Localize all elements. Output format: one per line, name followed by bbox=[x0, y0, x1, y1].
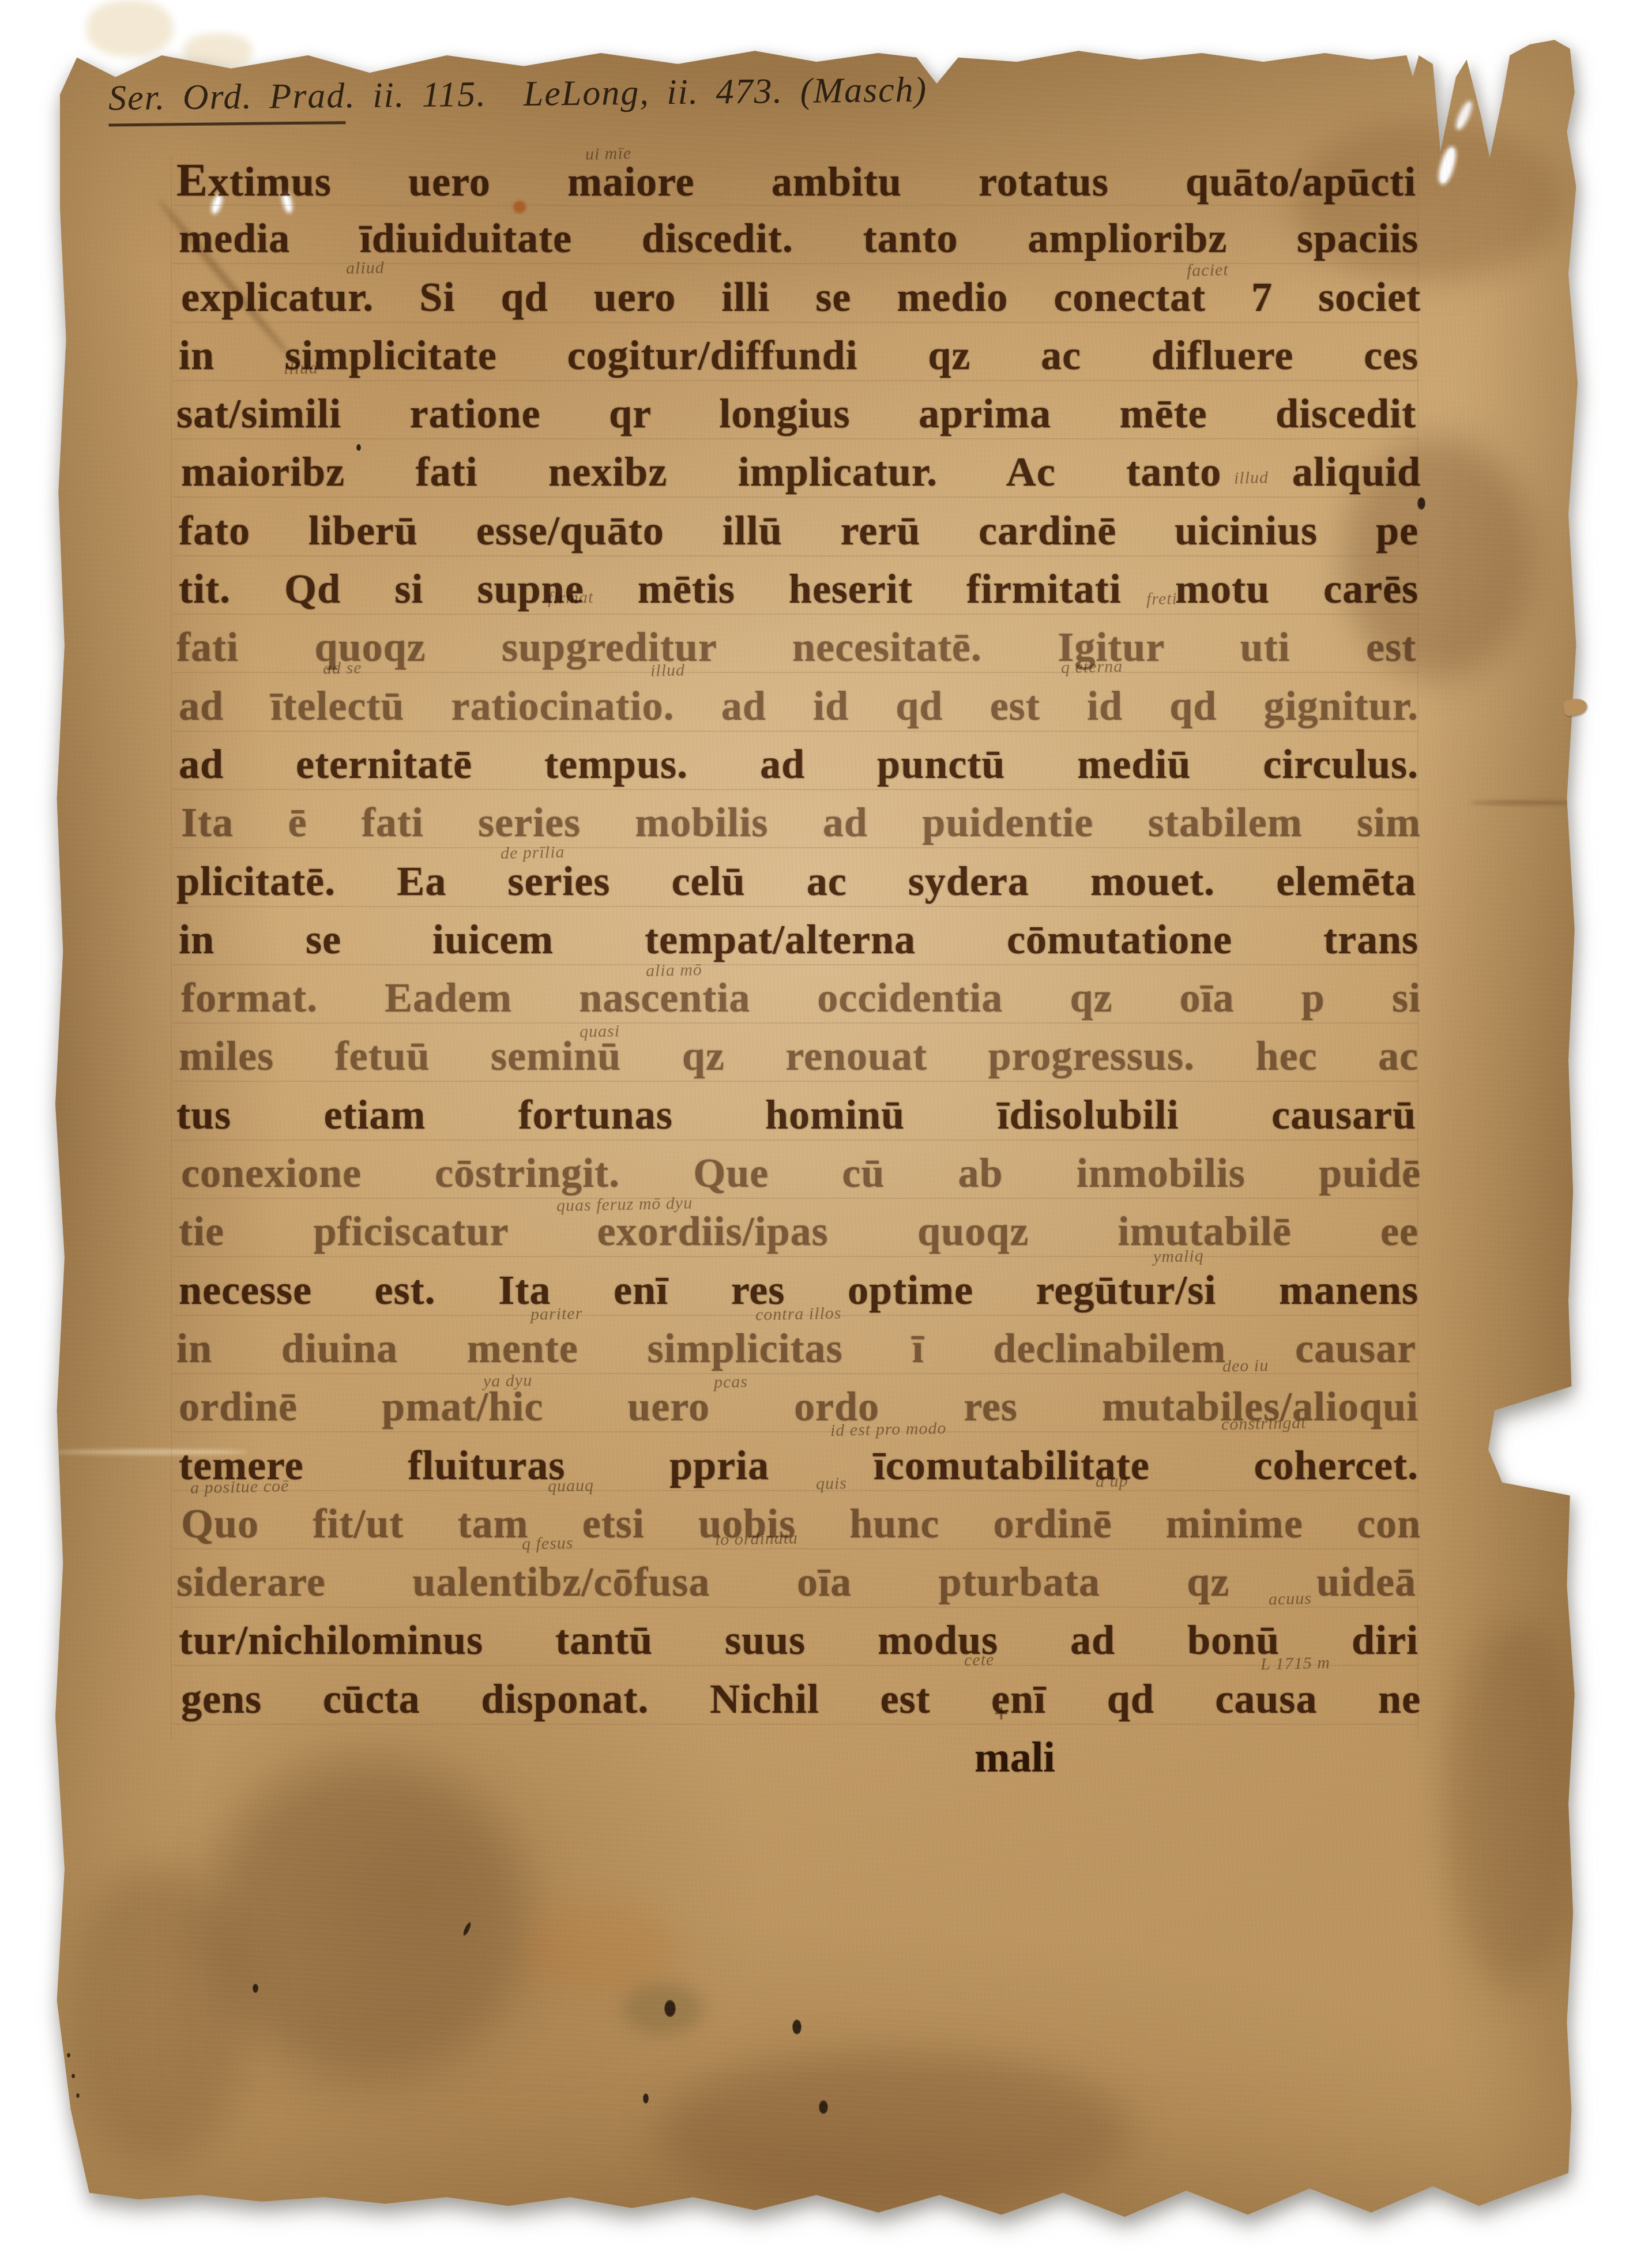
interlinear-gloss: a up bbox=[1096, 1471, 1128, 1491]
interlinear-gloss: ya dyu bbox=[483, 1371, 533, 1391]
stain bbox=[1447, 1619, 1586, 1988]
margin-rule-left bbox=[171, 155, 172, 1739]
interlinear-gloss: id est pro modo bbox=[830, 1419, 947, 1440]
interlinear-gloss: acuus bbox=[1269, 1589, 1312, 1609]
interlinear-gloss: quas feruz mō dyu bbox=[556, 1194, 693, 1216]
interlinear-gloss: quis bbox=[816, 1473, 848, 1494]
tear-hole bbox=[1454, 100, 1473, 130]
worm-hole bbox=[819, 2100, 828, 2114]
manuscript-line: conexione cōstringit. Que cū ab inmobili… bbox=[181, 1144, 1421, 1202]
scan-background: Ser. Ord. Prad. ii. 115.LeLong, ii. 473.… bbox=[0, 0, 1633, 2268]
interlinear-gloss: ui mīe bbox=[585, 144, 632, 164]
interlinear-gloss: alia mō bbox=[646, 960, 703, 981]
manuscript-line: gens cūcta disponat. Nichil est enī qd c… bbox=[181, 1670, 1421, 1728]
worm-hole bbox=[643, 2093, 649, 2104]
interlinear-gloss: faciet bbox=[1187, 260, 1229, 281]
manuscript-line: fati quoqz supgreditur necesitatē. Igitu… bbox=[176, 618, 1416, 676]
interlinear-gloss: ad se bbox=[323, 658, 362, 678]
tear-hole bbox=[1437, 146, 1458, 185]
manuscript-line: in simplicitate cogitur/diffundi qz ac d… bbox=[179, 326, 1418, 385]
interlinear-gloss: ymaliq bbox=[1153, 1246, 1204, 1267]
interlinear-gloss: deo iu bbox=[1222, 1356, 1269, 1376]
manuscript-line: Extimus uero maiore ambitu rotatus quāto… bbox=[176, 151, 1416, 209]
worm-hole bbox=[72, 2074, 75, 2078]
interlinear-gloss: q eterna bbox=[1061, 657, 1123, 678]
interlinear-gloss: quauq bbox=[548, 1476, 594, 1496]
manuscript-line: fato liberū esse/quāto illū rerū cardinē… bbox=[179, 502, 1418, 560]
pen-mark bbox=[462, 1921, 472, 1937]
interlinear-gloss: contra illos bbox=[755, 1303, 842, 1325]
interlinear-gloss: illud bbox=[650, 660, 686, 680]
interlinear-gloss: constringat bbox=[1221, 1413, 1307, 1434]
interlinear-gloss: pcas bbox=[714, 1372, 748, 1392]
manuscript-line: temere fluituras ppria īcomutabilitate c… bbox=[179, 1436, 1418, 1495]
interlinear-gloss: a positue coē bbox=[190, 1476, 289, 1498]
manuscript-line: Ita ē fati series mobilis ad puidentie s… bbox=[181, 793, 1421, 852]
interlinear-gloss: cete bbox=[964, 1650, 995, 1670]
worm-hole bbox=[253, 1984, 258, 1993]
interlinear-gloss: illud bbox=[284, 358, 319, 378]
interlinear-gloss: freti bbox=[1146, 589, 1178, 609]
interlinear-gloss: firmat bbox=[548, 588, 594, 608]
rust-stain bbox=[525, 1902, 675, 1994]
interlinear-gloss: q fesus bbox=[522, 1533, 574, 1554]
manuscript-line: tus etiam fortunas hominū īdisolubili ca… bbox=[176, 1086, 1416, 1144]
manuscript-line: ad ītelectū ratiocinatio. ad id qd est i… bbox=[179, 677, 1418, 735]
worm-hole bbox=[664, 2000, 676, 2017]
text-block: Extimus uero maiore ambitu rotatus quāto… bbox=[179, 151, 1418, 1728]
interlinear-gloss: quasi bbox=[580, 1021, 620, 1041]
interlinear-gloss: pariter bbox=[530, 1304, 583, 1325]
interlinear-gloss: de prīlia bbox=[501, 842, 565, 863]
manuscript-line: siderare ualentibz/cōfusa oīa pturbata q… bbox=[176, 1553, 1416, 1611]
worm-hole bbox=[76, 2093, 80, 2098]
worm-hole bbox=[67, 2053, 70, 2058]
stain bbox=[63, 1867, 248, 2167]
manuscript-line: in se iuicem tempat/alterna cōmutatione … bbox=[179, 911, 1418, 969]
cross-mark: + bbox=[994, 1699, 1009, 1728]
interlinear-gloss: aliud bbox=[346, 258, 385, 278]
manuscript-line: format. Eadem nascentia occidentia qz oī… bbox=[181, 969, 1421, 1027]
manuscript-line: miles fetuū seminū qz renouat progressus… bbox=[179, 1027, 1418, 1085]
stain bbox=[208, 1758, 530, 2081]
shelfmark-inscription: Ser. Ord. Prad. ii. 115.LeLong, ii. 473.… bbox=[108, 70, 928, 119]
inscription-reference: LeLong, ii. 473. (Masch) bbox=[523, 70, 927, 114]
crease bbox=[1470, 800, 1586, 805]
manuscript-line: sat/simili ratione qr longius aprima mēt… bbox=[176, 385, 1416, 443]
inscription-series: Ser. Ord. Prad bbox=[108, 76, 346, 126]
manuscript-line: plicitatē. Ea series celū ac sydera moue… bbox=[176, 852, 1416, 911]
manuscript-line: ad eternitatē tempus. ad punctū mediū ci… bbox=[179, 735, 1418, 793]
interlinear-gloss: illud bbox=[1234, 468, 1269, 488]
interlinear-gloss: io ordinata bbox=[715, 1528, 799, 1549]
manuscript-line: Quo fit/ut tam etsi uobis hunc ordinē mi… bbox=[181, 1495, 1421, 1553]
catchword-text: mali bbox=[974, 1734, 1055, 1781]
catchword: + mali bbox=[974, 1733, 1055, 1782]
smudge bbox=[623, 1983, 703, 2034]
manuscript-line: tit. Qd si supne mētis heserit firmitati… bbox=[179, 560, 1418, 618]
inscription-number: . ii. 115. bbox=[345, 75, 487, 116]
interlinear-gloss: L 1715 m bbox=[1261, 1653, 1330, 1675]
manuscript-line: tur/nichilominus tantū suus modus ad bon… bbox=[179, 1611, 1418, 1669]
worm-hole bbox=[792, 2019, 802, 2034]
manuscript-line: tie pficiscatur exordiis/ipas quoqz imut… bbox=[179, 1202, 1418, 1261]
stain bbox=[657, 2052, 1130, 2213]
